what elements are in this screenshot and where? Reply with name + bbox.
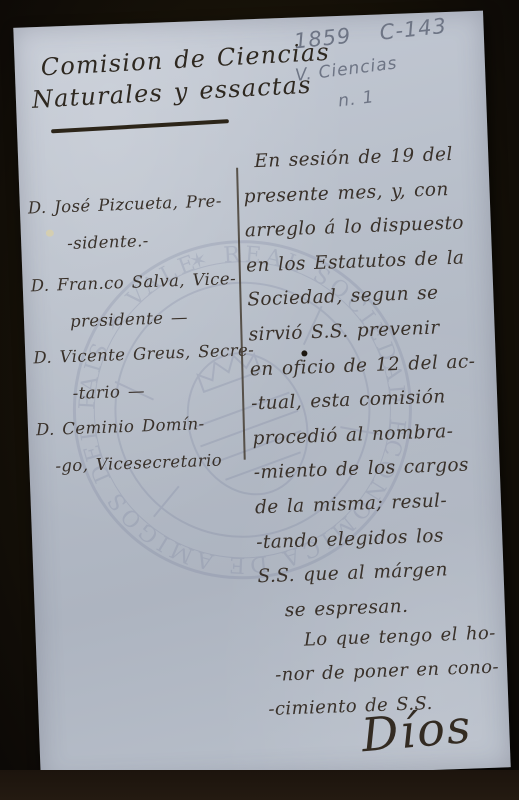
header-underline <box>51 119 229 133</box>
name-line: D. Fran.co Salva, Vice- <box>30 260 241 305</box>
annotation-code: C-143 <box>379 14 448 45</box>
name-entry-secretario: D. Vicente Greus, Secre- -tario — <box>33 332 246 414</box>
name-line: D. Vicente Greus, Secre- <box>33 332 244 377</box>
annotation-number: n. 1 <box>337 87 376 111</box>
name-line: D. José Pizcueta, Pre- <box>27 182 238 227</box>
name-entry-vicesecretario: D. Ceminio Domín- -go, Vicesecretario <box>35 404 248 486</box>
name-entry-presidente: D. José Pizcueta, Pre- -sidente.- <box>27 182 240 264</box>
photo-background: ✶ REAL SOCIEDAD ECONOMICA DE AMIGOS DEL … <box>0 0 519 800</box>
body-text: En sesión de 19 del presente mes, y, con… <box>242 136 512 629</box>
second-sheet-corner <box>480 776 519 800</box>
name-entry-vicepresidente: D. Fran.co Salva, Vice- presidente — <box>30 260 243 342</box>
document-paper: ✶ REAL SOCIEDAD ECONOMICA DE AMIGOS DEL … <box>13 11 510 785</box>
name-line: -sidente.- <box>29 219 240 264</box>
name-line: -go, Vicesecretario <box>37 441 248 486</box>
margin-names-list: D. José Pizcueta, Pre- -sidente.- D. Fra… <box>27 170 237 178</box>
annotation-year: 1859 <box>293 24 353 54</box>
document-header: Comision de Ciencias Naturales y essacta… <box>40 40 331 111</box>
signoff-dios: Díos <box>359 699 474 763</box>
